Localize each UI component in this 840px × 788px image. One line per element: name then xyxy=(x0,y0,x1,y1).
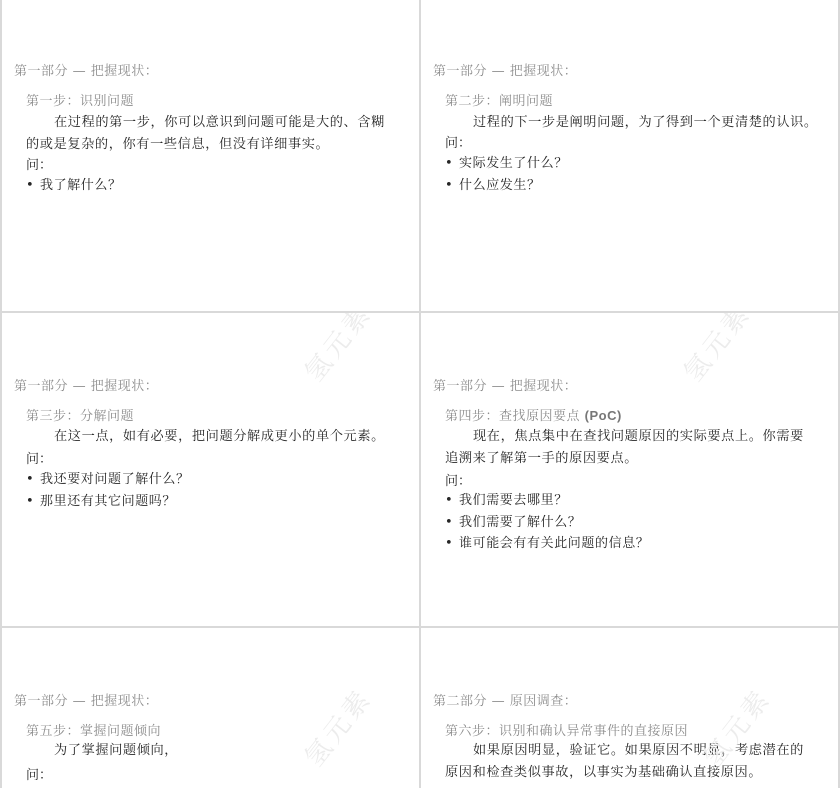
step-title: 第二步：阐明问题 xyxy=(445,90,553,109)
question-list: •我们需要去哪里？ •我们需要了解什么？ •谁可能会有有关此问题的信息？ xyxy=(445,490,649,555)
step-description: 过程的下一步是阐明问题，为了得到一个更清楚的认识。 xyxy=(445,112,837,134)
step-label: 第二步：阐明问题 xyxy=(445,94,553,109)
step-title: 第一步：识别问题 xyxy=(26,90,134,109)
ask-label: 问： xyxy=(26,448,52,467)
question-list: •实际发生了什么？ •什么应发生？ xyxy=(445,153,568,196)
step-title: 第四步：查找原因要点 (PoC) xyxy=(445,405,622,424)
center-divider xyxy=(419,0,421,788)
slide-panel-1[interactable]: 第一部分 — 把握现状： 第一步：识别问题 在过程的第一步，你可以意识到问题可能… xyxy=(2,0,419,311)
bullet-icon: • xyxy=(445,490,459,512)
section-title: 第二部分 — 原因调查： xyxy=(433,690,577,709)
step-description: 为了掌握问题倾向， xyxy=(26,740,396,762)
watermark: 氢元素 xyxy=(295,313,380,388)
question-item: •我们需要去哪里？ xyxy=(445,490,649,512)
step-label-abbrev: (PoC) xyxy=(585,408,622,423)
step-label: 第六步：识别和确认异常事件的直接原因 xyxy=(445,724,688,739)
step-description: 现在，焦点集中在查找问题原因的实际要点上。你需要追溯来了解第一手的原因要点。 xyxy=(445,426,815,470)
row-divider-1 xyxy=(0,311,840,313)
section-title: 第一部分 — 把握现状： xyxy=(433,375,577,394)
watermark: 氢元素 xyxy=(674,313,759,388)
step-description: 在过程的第一步，你可以意识到问题可能是大的、含糊的或是复杂的，你有一些信息，但没… xyxy=(26,112,396,156)
section-title: 第一部分 — 把握现状： xyxy=(433,60,577,79)
row-divider-2 xyxy=(0,626,840,628)
step-title: 第五步：掌握问题倾向 xyxy=(26,720,161,739)
section-title: 第一部分 — 把握现状： xyxy=(14,60,158,79)
question-item: •我了解什么？ xyxy=(26,175,122,197)
step-title: 第六步：识别和确认异常事件的直接原因 xyxy=(445,720,688,739)
ask-label: 问： xyxy=(26,764,52,783)
step-description: 如果原因明显，验证它。如果原因不明显，考虑潜在的原因和检查类似事故，以事实为基础… xyxy=(445,740,815,784)
ask-label: 问： xyxy=(26,154,52,173)
ask-label: 问： xyxy=(445,470,471,489)
step-label: 第五步：掌握问题倾向 xyxy=(26,724,161,739)
question-item: •我们需要了解什么？ xyxy=(445,512,649,534)
bullet-icon: • xyxy=(445,512,459,534)
left-border xyxy=(0,0,2,788)
slide-panel-2[interactable]: 第一部分 — 把握现状： 第二步：阐明问题 过程的下一步是阐明问题，为了得到一个… xyxy=(421,0,838,311)
question-list: •我还要对问题了解什么？ •那里还有其它问题吗？ xyxy=(26,469,190,512)
bullet-icon: • xyxy=(26,175,40,197)
bullet-icon: • xyxy=(26,469,40,491)
bullet-icon: • xyxy=(445,533,459,555)
step-description: 在这一点，如有必要，把问题分解成更小的单个元素。 xyxy=(26,426,418,448)
question-item: •什么应发生？ xyxy=(445,175,568,197)
slide-panel-4[interactable]: 第一部分 — 把握现状： 第四步：查找原因要点 (PoC) 现在，焦点集中在查找… xyxy=(421,313,838,626)
section-title: 第一部分 — 把握现状： xyxy=(14,690,158,709)
ask-label: 问： xyxy=(445,132,471,151)
question-item: •我还要对问题了解什么？ xyxy=(26,469,190,491)
question-list: •我了解什么？ xyxy=(26,175,122,197)
slide-panel-5[interactable]: 第一部分 — 把握现状： 第五步：掌握问题倾向 为了掌握问题倾向， 问： 氢元素 xyxy=(2,628,419,788)
slide-panel-3[interactable]: 第一部分 — 把握现状： 第三步：分解问题 在这一点，如有必要，把问题分解成更小… xyxy=(2,313,419,626)
step-label: 第三步：分解问题 xyxy=(26,409,134,424)
slide-grid: 第一部分 — 把握现状： 第一步：识别问题 在过程的第一步，你可以意识到问题可能… xyxy=(0,0,840,788)
question-item: •谁可能会有有关此问题的信息？ xyxy=(445,533,649,555)
bullet-icon: • xyxy=(26,491,40,513)
step-title: 第三步：分解问题 xyxy=(26,405,134,424)
bullet-icon: • xyxy=(445,175,459,197)
section-title: 第一部分 — 把握现状： xyxy=(14,375,158,394)
bullet-icon: • xyxy=(445,153,459,175)
step-label: 第四步：查找原因要点 xyxy=(445,409,585,424)
slide-panel-6[interactable]: 第二部分 — 原因调查： 第六步：识别和确认异常事件的直接原因 如果原因明显，验… xyxy=(421,628,838,788)
question-item: •那里还有其它问题吗？ xyxy=(26,491,190,513)
question-item: •实际发生了什么？ xyxy=(445,153,568,175)
step-label: 第一步：识别问题 xyxy=(26,94,134,109)
